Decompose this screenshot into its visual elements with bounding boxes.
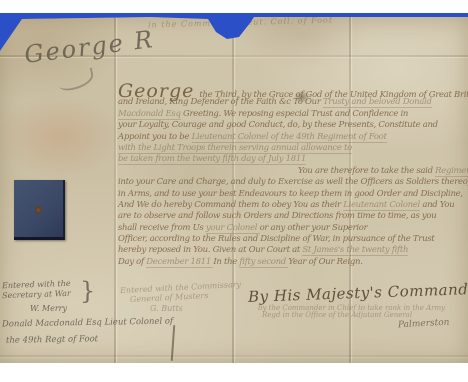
signature-flourish [57, 67, 96, 92]
body-line-12: are to observe and follow such Orders an… [118, 211, 464, 222]
illuminated-initial: George [118, 86, 194, 97]
entry-brace: } [80, 277, 95, 305]
royal-signature: George R [23, 25, 156, 69]
entry-secretary-line-2: Secretary at War [2, 289, 71, 300]
parchment-document: in the Comm.n of Lieut. Coll. of Foot Ge… [0, 17, 468, 363]
fold-crease-horizontal-bottom [0, 355, 468, 357]
body-line-2: and Ireland, King Defender of the Faith … [118, 97, 464, 108]
body-line-1: George the Third, by the Grace of God of… [118, 86, 464, 97]
body-line-16: Day of December 1811 In the fifty second… [118, 257, 464, 268]
entry-musters-signature: G. Butts [150, 304, 183, 313]
blue-paper-seal [14, 180, 65, 240]
body-line-10: in Arms, and to use your best Endeavours… [118, 189, 464, 200]
secretary-at-war-signature: Palmerston [398, 318, 450, 331]
body-line-5: Appoint you to be Lieutenant Colonel of … [118, 132, 464, 143]
memo-line-2: the 49th Regt of Foot [6, 334, 98, 346]
majestys-command-line: By His Majesty's Command [248, 280, 468, 306]
body-line-4: your Loyalty, Courage and good Conduct, … [118, 120, 464, 131]
body-line-11: And We do hereby Command them to obey Yo… [118, 200, 464, 211]
body-line-13: shall receive from Us your Colonel or an… [118, 223, 464, 234]
body-line-7: be taken from the twenty fifth day of Ju… [118, 154, 464, 165]
wafer-seal-dot [35, 206, 42, 214]
body-line-9: into your Care and Charge, and duly to E… [118, 177, 464, 188]
commission-body-text: George the Third, by the Grace of God of… [118, 86, 464, 268]
body-line-14: Officer, according to the Rules and Disc… [118, 234, 464, 245]
body-line-8: You are therefore to take the said Regim… [118, 166, 464, 177]
screenshot-root: { "colors":{"mount":"#2a4fc6","parchment… [0, 0, 468, 382]
body-line-15: hereby reposed in You. Given at Our Cour… [118, 245, 464, 256]
entry-secretary-signature: W. Merry [30, 304, 67, 313]
body-line-3: Macdonald Esq Greeting. We reposing espe… [118, 109, 464, 120]
memo-line-1: Donald Macdonald Esq Lieut Colonel of [2, 317, 173, 330]
fold-crease-vertical-left [114, 17, 116, 363]
command-note-2: Regd in the Office of the Adjutant Gener… [262, 311, 412, 319]
body-line-6: with the Light Troops therein serving an… [118, 143, 464, 154]
